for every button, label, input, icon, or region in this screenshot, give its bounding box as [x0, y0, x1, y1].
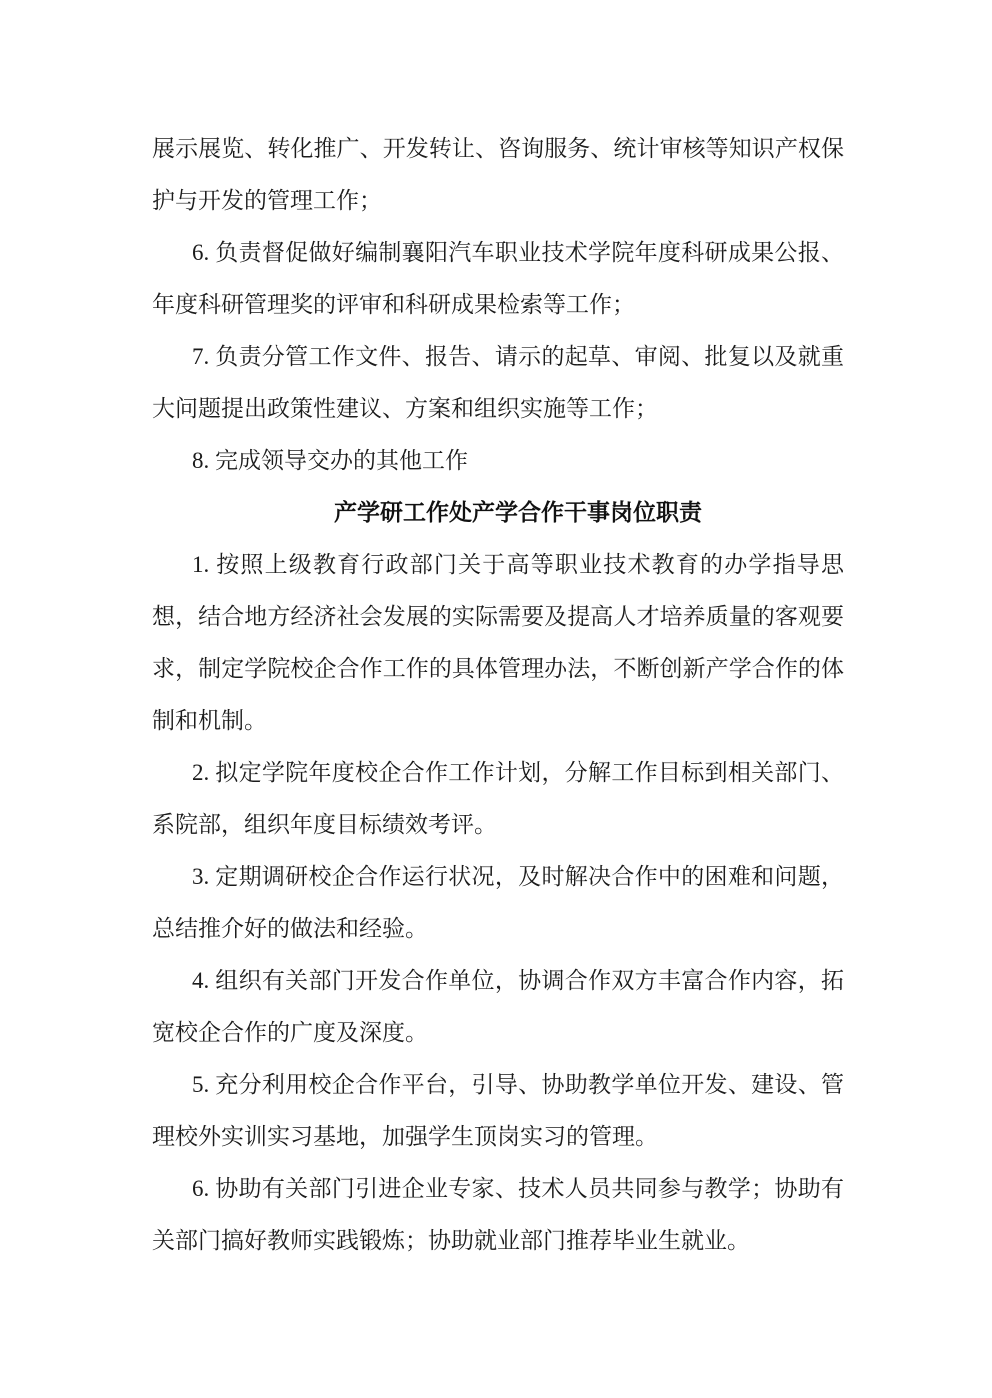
text-line: 7. 负责分管工作文件、报告、请示的起草、审阅、批复以及就重 — [152, 331, 844, 383]
text-line: 4. 组织有关部门开发合作单位，协调合作双方丰富合作内容，拓 — [152, 955, 844, 1007]
text-line: 大问题提出政策性建议、方案和组织实施等工作； — [152, 383, 844, 435]
text-line: 系院部，组织年度目标绩效考评。 — [152, 799, 844, 851]
document-body: 展示展览、转化推广、开发转让、咨询服务、统计审核等知识产权保护与开发的管理工作；… — [152, 123, 844, 1267]
text-line: 想，结合地方经济社会发展的实际需要及提高人才培养质量的客观要 — [152, 591, 844, 643]
text-line: 制和机制。 — [152, 695, 844, 747]
text-line: 年度科研管理奖的评审和科研成果检索等工作； — [152, 279, 844, 331]
text-line: 展示展览、转化推广、开发转让、咨询服务、统计审核等知识产权保 — [152, 123, 844, 175]
text-line: 6. 负责督促做好编制襄阳汽车职业技术学院年度科研成果公报、 — [152, 227, 844, 279]
text-line: 2. 拟定学院年度校企合作工作计划，分解工作目标到相关部门、 — [152, 747, 844, 799]
text-line: 3. 定期调研校企合作运行状况，及时解决合作中的困难和问题， — [152, 851, 844, 903]
text-line: 宽校企合作的广度及深度。 — [152, 1007, 844, 1059]
text-line: 关部门搞好教师实践锻炼；协助就业部门推荐毕业生就业。 — [152, 1215, 844, 1267]
text-line: 理校外实训实习基地，加强学生顶岗实习的管理。 — [152, 1111, 844, 1163]
text-line: 5. 充分利用校企合作平台，引导、协助教学单位开发、建设、管 — [152, 1059, 844, 1111]
text-line: 护与开发的管理工作； — [152, 175, 844, 227]
document-page: 展示展览、转化推广、开发转让、咨询服务、统计审核等知识产权保护与开发的管理工作；… — [0, 0, 992, 1398]
text-line: 求，制定学院校企合作工作的具体管理办法，不断创新产学合作的体 — [152, 643, 844, 695]
text-line: 8. 完成领导交办的其他工作 — [152, 435, 844, 487]
section-heading: 产学研工作处产学合作干事岗位职责 — [152, 487, 844, 539]
text-line: 总结推介好的做法和经验。 — [152, 903, 844, 955]
text-line: 6. 协助有关部门引进企业专家、技术人员共同参与教学；协助有 — [152, 1163, 844, 1215]
text-line: 1. 按照上级教育行政部门关于高等职业技术教育的办学指导思 — [152, 539, 844, 591]
